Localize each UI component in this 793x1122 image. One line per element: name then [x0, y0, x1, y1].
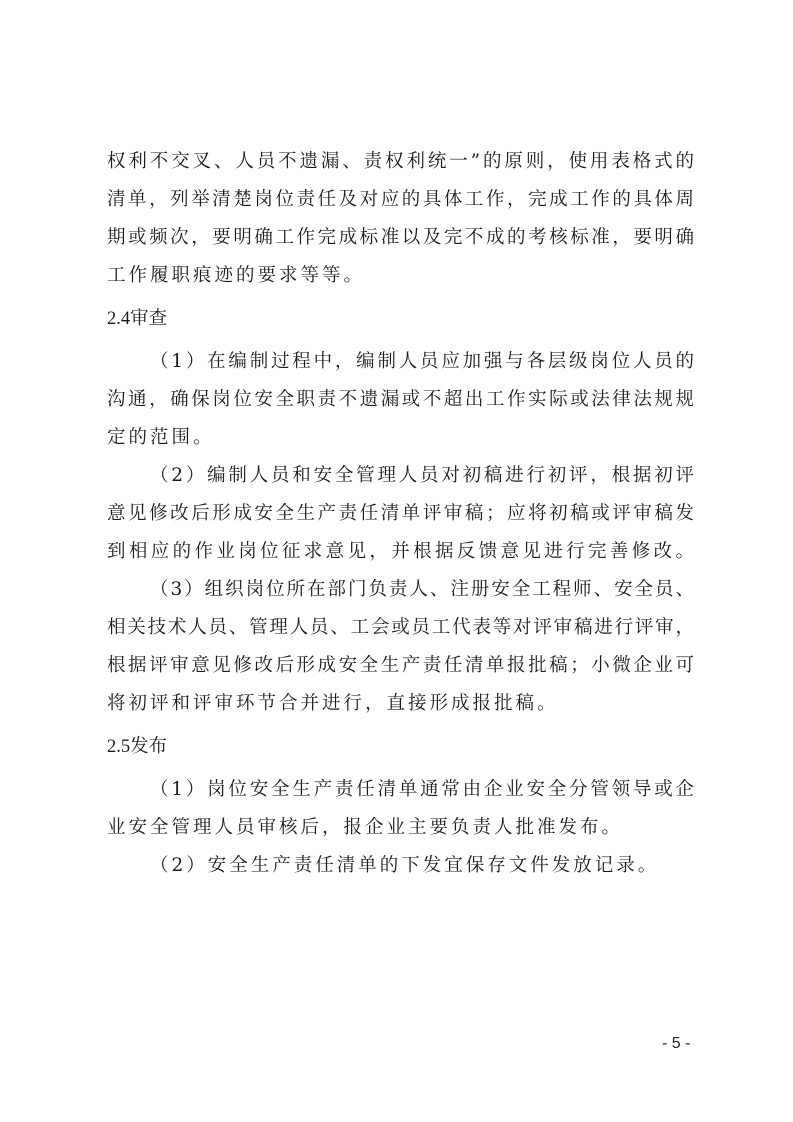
paragraph-line: 权利不交叉、人员不遗漏、责权利统一”的原则，使用表格式的: [107, 150, 694, 174]
section-heading-2-5: 2.5发布: [107, 735, 167, 759]
paragraph-line: 工作履职痕迹的要求等等。: [107, 264, 694, 288]
page-number: - 5 -: [662, 1034, 690, 1054]
paragraph-line: 将初评和评审环节合并进行，直接形成报批稿。: [107, 692, 694, 716]
paragraph-line: （2）编制人员和安全管理人员对初稿进行初评，根据初评: [150, 464, 694, 488]
paragraph-line: 相关技术人员、管理人员、工会或员工代表等对评审稿进行评审，: [107, 616, 694, 640]
paragraph-line: 根据评审意见修改后形成安全生产责任清单报批稿；小微企业可: [107, 654, 694, 678]
paragraph-line: 意见修改后形成安全生产责任清单评审稿；应将初稿或评审稿发: [107, 502, 694, 526]
paragraph-line: 业安全管理人员审核后，报企业主要负责人批准发布。: [107, 816, 694, 840]
paragraph-line: 到相应的作业岗位征求意见，并根据反馈意见进行完善修改。: [107, 540, 694, 564]
paragraph-line: （3）组织岗位所在部门负责人、注册安全工程师、安全员、: [150, 578, 694, 602]
document-page: 权利不交叉、人员不遗漏、责权利统一”的原则，使用表格式的 清单，列举清楚岗位责任…: [0, 0, 793, 1122]
paragraph-line: （2）安全生产责任清单的下发宜保存文件发放记录。: [150, 854, 694, 878]
paragraph-line: （1）在编制过程中，编制人员应加强与各层级岗位人员的: [150, 350, 694, 374]
paragraph-line: 清单，列举清楚岗位责任及对应的具体工作，完成工作的具体周: [107, 188, 694, 212]
paragraph-line: （1）岗位安全生产责任清单通常由企业安全分管领导或企: [150, 778, 694, 802]
paragraph-line: 定的范围。: [107, 426, 694, 450]
section-heading-2-4: 2.4审查: [107, 307, 167, 331]
paragraph-line: 沟通，确保岗位安全职责不遗漏或不超出工作实际或法律法规规: [107, 388, 694, 412]
paragraph-line: 期或频次，要明确工作完成标准以及完不成的考核标准，要明确: [107, 226, 694, 250]
